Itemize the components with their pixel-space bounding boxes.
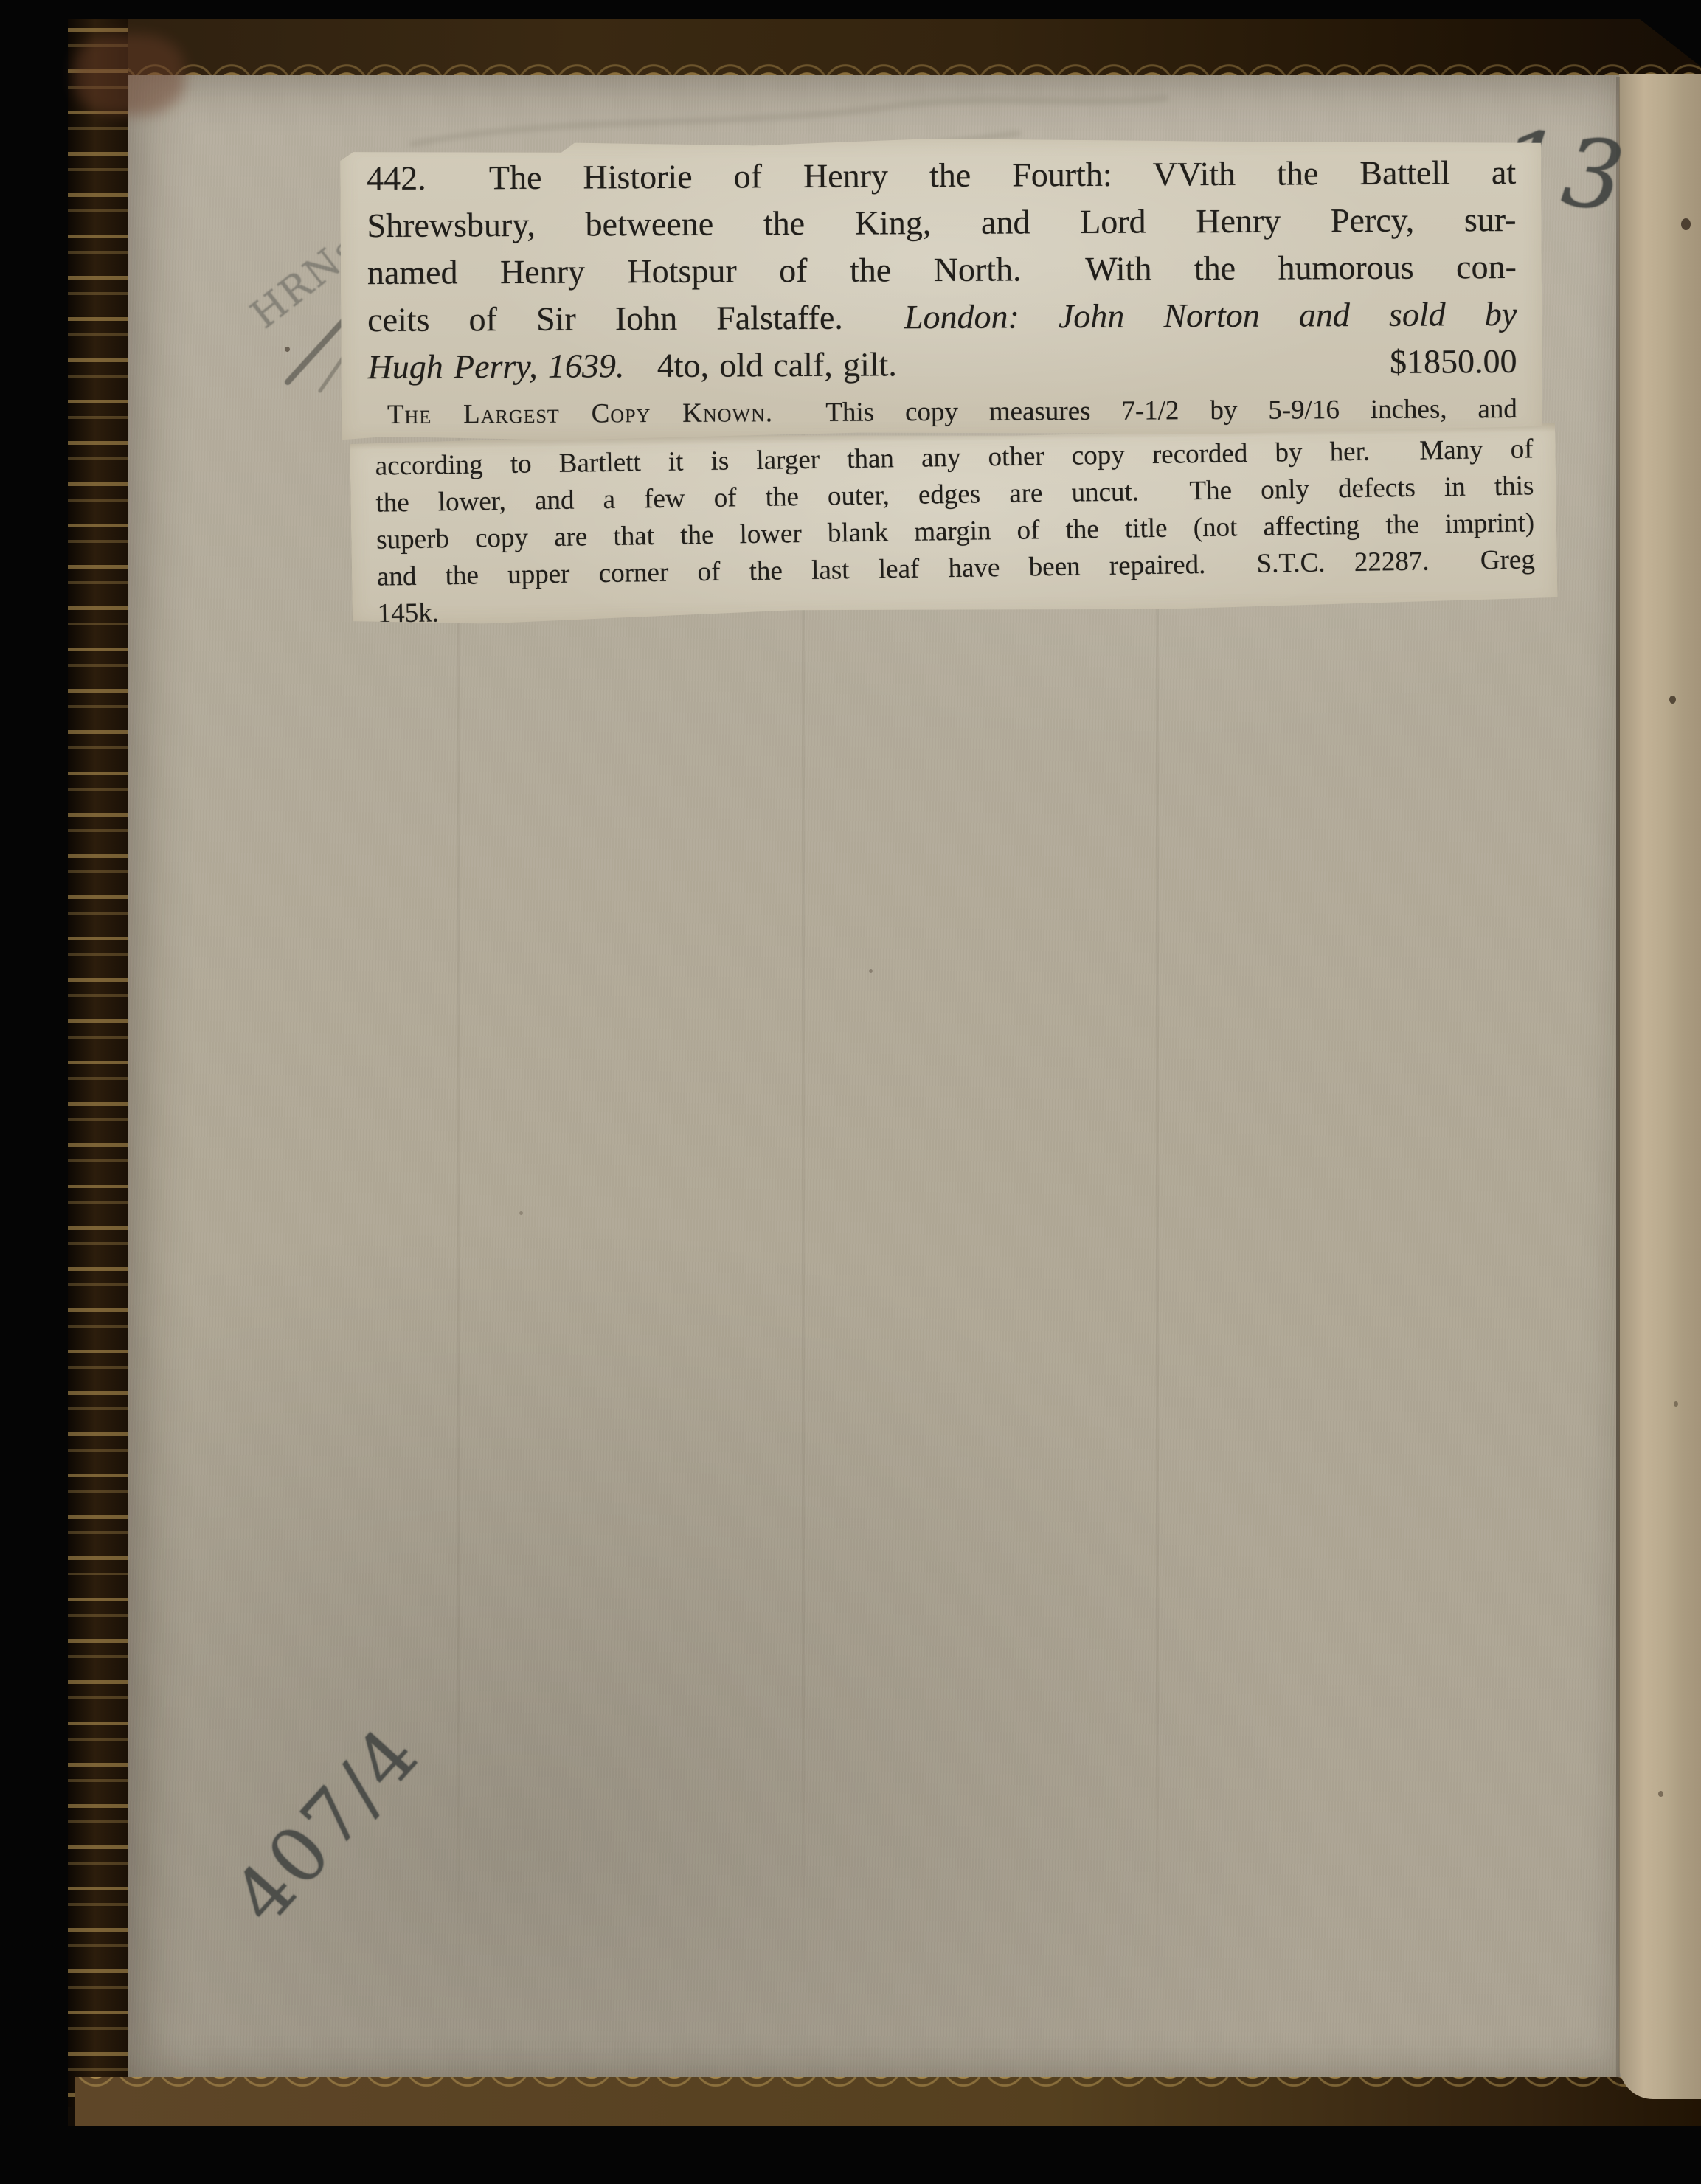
gilt-turn-in-bottom xyxy=(75,2077,1701,2126)
speck xyxy=(1674,1401,1678,1407)
clipping-text-segment: This copy measures 7-1/2 by 5-9/16 inche… xyxy=(825,394,1517,428)
clipping-text-line: ceits of Sir Iohn Falstaffe. London: Joh… xyxy=(367,291,1517,344)
clipping-note-first-line: The Largest Copy Known. This copy measur… xyxy=(368,391,1517,434)
clipping-text-line: Hugh Perry, 1639. 4to, old calf, gilt.$1… xyxy=(367,338,1517,391)
clipping-text-segment: ceits of Sir Iohn Falstaffe. xyxy=(367,299,843,339)
gilt-turn-in-left xyxy=(68,19,128,2107)
speck xyxy=(1669,696,1676,704)
clipping-text-segment: Shrewsbury, betweene the King, and Lord … xyxy=(367,201,1516,244)
clipping-text-line: Shrewsbury, betweene the King, and Lord … xyxy=(367,196,1516,249)
clipping-text-segment: S.T.C. 22287. xyxy=(1256,546,1430,578)
speck xyxy=(519,1211,523,1215)
clipping-text-segment: London: John Norton and sold by xyxy=(904,295,1517,336)
worn-leather-corner xyxy=(74,34,184,115)
speck xyxy=(869,969,873,973)
clipping-note-paragraph: according to Bartlett it is larger than … xyxy=(375,431,1536,632)
clipping-text-segment: 442. xyxy=(367,159,426,197)
gilt-turn-in-top xyxy=(97,19,1701,75)
price: $1850.00 xyxy=(1390,338,1517,386)
clipping-text-segment: Greg xyxy=(1480,544,1536,575)
clipping-text-segment: The only defects in this xyxy=(1189,471,1534,506)
catalog-clipping-lower-piece: according to Bartlett it is larger than … xyxy=(350,422,1558,625)
clipping-entry-paragraph: 442. The Historie of Henry the Fourth: V… xyxy=(367,149,1517,391)
speck xyxy=(1681,218,1691,230)
clipping-text-line: 442. The Historie of Henry the Fourth: V… xyxy=(367,149,1516,202)
clipping-text-segment: With the humorous con- xyxy=(1085,248,1517,288)
speck xyxy=(285,347,290,352)
clipping-text-segment: 4to, old calf, gilt. xyxy=(657,345,897,384)
clipping-text-segment: Hugh Perry, 1639. xyxy=(367,347,624,386)
photo-backdrop: according to Bartlett it is larger than … xyxy=(0,0,1701,2184)
clipping-text-segment: Many of xyxy=(1419,434,1534,465)
clipping-text-line: named Henry Hotspur of the North. With t… xyxy=(367,243,1517,297)
clipping-text-segment: The Historie of Henry the Fourth: VVith … xyxy=(489,153,1517,196)
clipping-text-segment: The Largest Copy Known. xyxy=(387,398,773,430)
catalog-clipping-upper-piece: 442. The Historie of Henry the Fourth: V… xyxy=(340,136,1542,443)
speck xyxy=(1658,1791,1663,1797)
flyleaf-crease xyxy=(1616,77,1620,2090)
clipping-text-segment: named Henry Hotspur of the North. xyxy=(367,250,1022,291)
clipping-text-line: The Largest Copy Known. This copy measur… xyxy=(368,391,1517,434)
